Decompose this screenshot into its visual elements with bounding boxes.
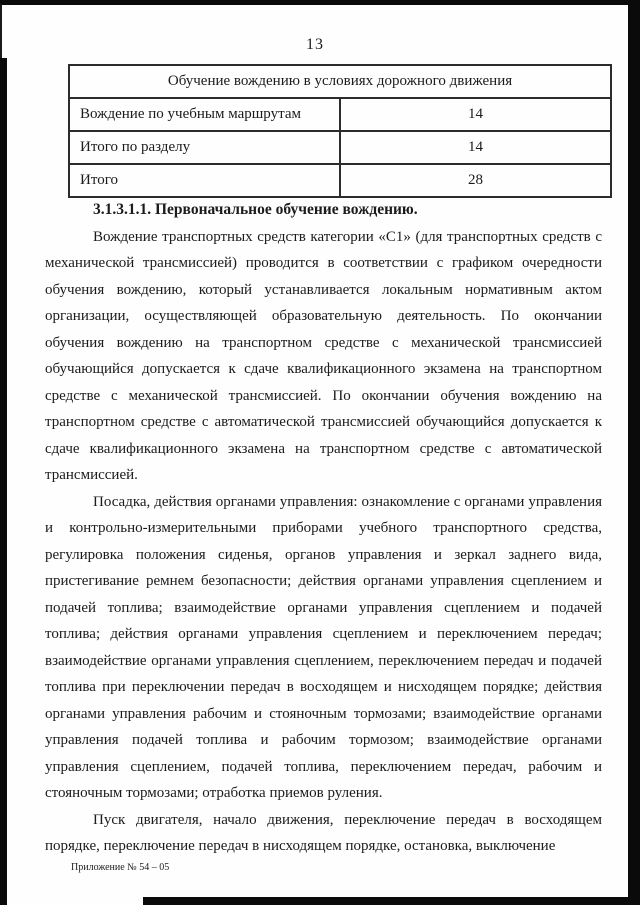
page-number: 13 [0,36,630,54]
section-heading: 3.1.3.1.1. Первоначальное обучение вожде… [45,197,602,224]
driving-hours-table: Обучение вождению в условиях дорожного д… [68,64,612,198]
scan-edge-top [0,0,640,5]
row-hours: 28 [340,164,611,197]
document-page: 13 Обучение вождению в условиях дорожног… [0,0,640,905]
scan-edge-right [628,0,640,905]
footer-annotation: Приложение № 54 – 05 [71,862,169,873]
table-header-row: Обучение вождению в условиях дорожного д… [69,65,611,98]
row-label: Итого [69,164,340,197]
row-label: Вождение по учебным маршрутам [69,98,340,131]
row-hours: 14 [340,98,611,131]
table-row: Вождение по учебным маршрутам 14 [69,98,611,131]
body-paragraph: Вождение транспортных средств категории … [45,224,602,489]
table-header-cell: Обучение вождению в условиях дорожного д… [69,65,611,98]
body-paragraph: Посадка, действия органами управления: о… [45,489,602,807]
scan-edge-left [0,58,7,905]
row-label: Итого по разделу [69,131,340,164]
row-hours: 14 [340,131,611,164]
table-row: Итого 28 [69,164,611,197]
body-paragraph: Пуск двигателя, начало движения, переклю… [45,807,602,860]
document-body: 3.1.3.1.1. Первоначальное обучение вожде… [45,197,602,860]
table-row: Итого по разделу 14 [69,131,611,164]
scan-edge-bottom [143,897,640,905]
